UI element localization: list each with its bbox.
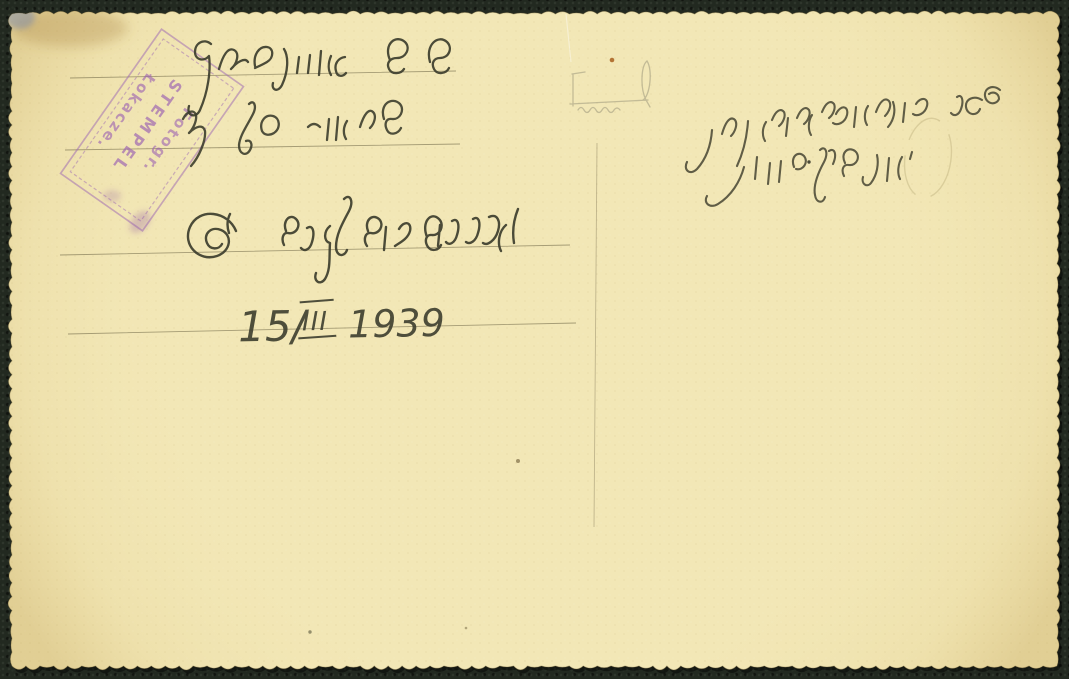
date-roman-month: III (302, 307, 329, 337)
date-day: 15/ (238, 301, 310, 351)
orange-speck (610, 58, 615, 63)
scan-background: Fotogr. STEMPEL Łokacze. 15/ III 1939 (0, 0, 1069, 679)
speck (308, 630, 311, 633)
date-year: 1939 (348, 301, 445, 347)
speck (465, 627, 468, 630)
stamp-ink-blotch (103, 190, 121, 202)
ink-dot (807, 160, 810, 163)
postcard-back: Fotogr. STEMPEL Łokacze. 15/ III 1939 (0, 0, 1069, 679)
speck (516, 459, 520, 463)
